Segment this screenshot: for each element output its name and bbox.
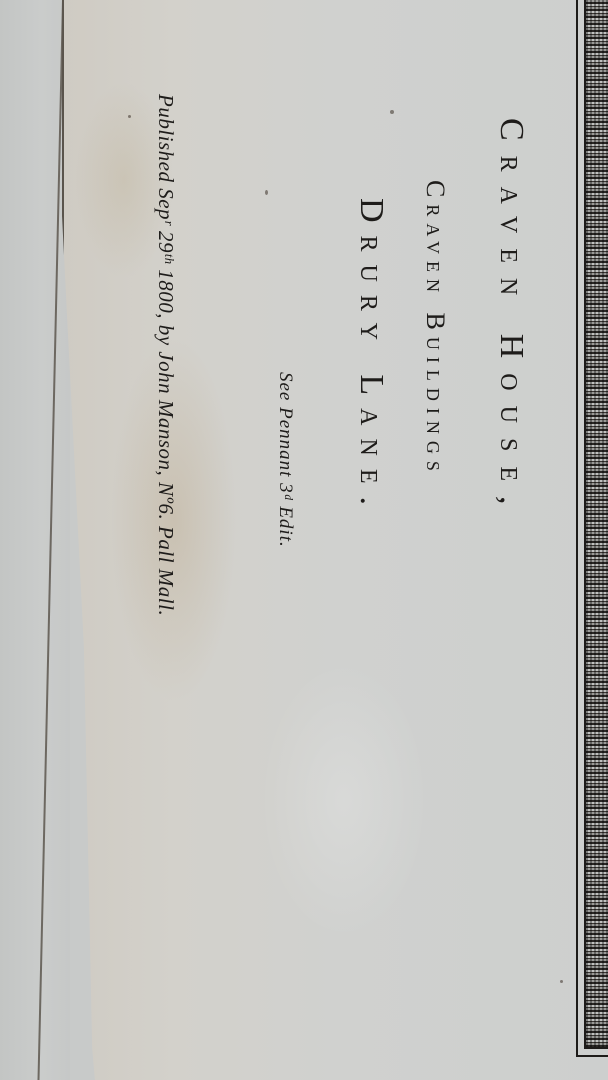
caption-reference: See Pennant 3ᵈ Edit.	[274, 372, 296, 548]
caption-imprint: Published Sepʳ 29ᵗʰ 1800, by John Manson…	[153, 94, 178, 616]
caption-title-line-3: Drury Lane.	[352, 198, 390, 518]
print-caption: Craven House, Craven Buildings Drury Lan…	[0, 0, 608, 1080]
photograph: Craven House, Craven Buildings Drury Lan…	[0, 0, 608, 1080]
caption-title-line-1: Craven House,	[492, 118, 530, 519]
caption-title-line-2: Craven Buildings	[420, 180, 450, 478]
